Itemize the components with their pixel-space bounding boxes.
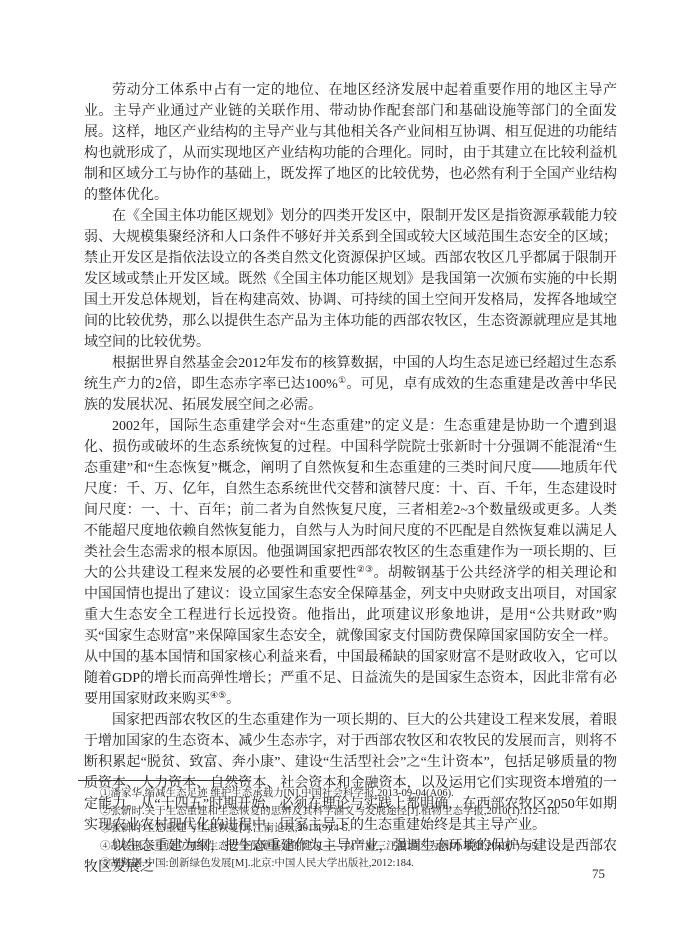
footnote-item: ①潘家华.缩减生态足迹 维护生态承载力[N].中国社会科学报,2013-09-0… <box>84 785 624 803</box>
paragraph: 劳动分工体系中占有一定的地位、在地区经济发展中起着重要作用的地区主导产业。主导产… <box>84 80 617 206</box>
paragraph: 2002年，国际生态重建学会对“生态重建”的定义是：生态重建是协助一个遭到退化、… <box>84 416 617 710</box>
article-body: 劳动分工体系中占有一定的地位、在地区经济发展中起着重要作用的地区主导产业。主导产… <box>84 80 617 878</box>
footnote-item: ②张新时.关于生态重建和生态恢复的思辨及其科学涵义与发展途径[J].植物生态学报… <box>84 803 624 821</box>
footnote-item: ⑤胡鞍钢.中国:创新绿色发展[M].北京:中国人民大学出版社,2012:184. <box>84 855 624 873</box>
paragraph: 在《全国主体功能区规划》划分的四类开发区中，限制开发区是指资源承载能力较弱、大规… <box>84 206 617 353</box>
footnote-item: ④胡鞍钢.关于设立国家生态安全保障基金的建议——以青海三江源地区为例[J].攀登… <box>84 838 624 856</box>
paragraph: 根据世界自然基金会2012年发布的核算数据，中国的人均生态足迹已经超过生态系统生… <box>84 353 617 416</box>
footnote-item: ③张新时.生态重建与生态恢复[J].江南论坛,2013(9):4-5. <box>84 820 624 838</box>
footnote-separator <box>78 780 248 781</box>
page-number: 75 <box>592 866 605 882</box>
document-page: 劳动分工体系中占有一定的地位、在地区经济发展中起着重要作用的地区主导产业。主导产… <box>0 0 700 943</box>
footnote-list: ①潘家华.缩减生态足迹 维护生态承载力[N].中国社会科学报,2013-09-0… <box>84 785 624 873</box>
